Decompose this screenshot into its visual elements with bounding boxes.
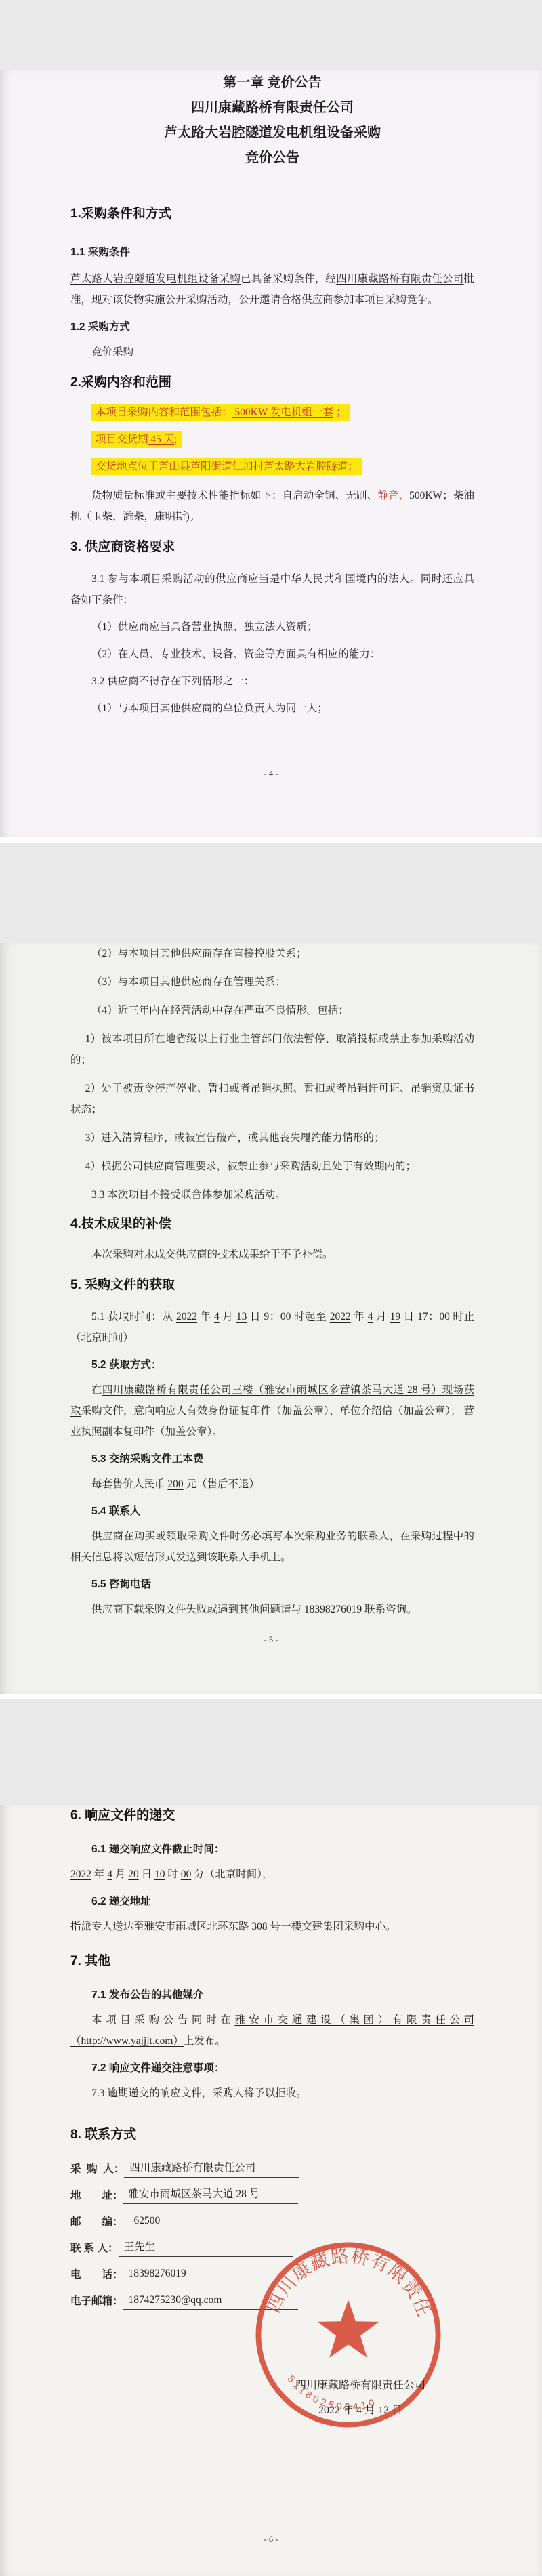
submission-address-line: 指派专人送达至雅安市雨城区北环东路 308 号一楼交建集团采购中心。: [70, 1916, 474, 1937]
bad-record-item-3: 3）进入清算程序，或被宣告破产，或其他丧失履约能力情形的；: [70, 1127, 474, 1148]
highlight-delivery-place-line: 交货地点位于芦山县芦阳街道仁加村芦太路大岩腔隧道；: [91, 458, 474, 476]
section-4-heading: 4.技术成果的补偿: [70, 1213, 474, 1232]
section-7-2-heading: 7.2 响应文件递交注意事项：: [91, 2060, 474, 2075]
scan-page-3: 6. 响应文件的递交 6.1 递交响应文件截止时间： 2022 年 4 月 20…: [0, 1805, 542, 2576]
section-7-heading: 7. 其他: [70, 1951, 474, 1969]
consult-phone-paragraph: 供应商下载采购文件失败或遇到其他问题请与 18398276019 联系咨询。: [70, 1599, 474, 1620]
document-title: 第一章 竞价公告 四川康藏路桥有限责任公司 芦太路大岩腔隧道发电机组设备采购 竞…: [70, 70, 474, 171]
section-5-4-heading: 5.4 联系人: [91, 1503, 474, 1518]
qualification-item-2: （2）在人员、专业技术、设备、资金等方面具有相应的能力：: [70, 644, 474, 665]
highlight-scope-line: 本项目采购内容和范围包括： 500KW 发电机组一套 ；: [91, 404, 474, 421]
obtain-method-paragraph: 在四川康藏路桥有限责任公司三楼（雅安市雨城区多营镇茶马大道 28 号）现场获取采…: [70, 1379, 474, 1442]
phone-label: 电 话：: [70, 2267, 123, 2283]
qualification-item-1: （1）供应商应当具备营业执照、独立法人资质；: [70, 617, 474, 638]
deadline-line: 2022 年 4 月 20 日 10 时 00 分（北京时间），: [70, 1864, 474, 1885]
signature-date-line: 2022 年 4 月 12 日: [244, 2398, 477, 2423]
section-1-1-heading: 1.1 采购条件: [70, 244, 474, 259]
contact-person-label: 联 系 人：: [70, 2241, 119, 2257]
page-separator: [0, 837, 542, 843]
page-separator: [0, 1694, 542, 1699]
section-6-1-heading: 6.1 递交响应文件截止时间：: [91, 1841, 474, 1856]
prohibited-item-3: （3）与本项目其他供应商存在管理关系；: [70, 972, 474, 993]
page-number-6: - 6 -: [0, 2535, 542, 2545]
title-line-notice: 竞价公告: [70, 146, 474, 171]
announcement-media-paragraph: 本项目采购公告同时在雅安市交通建设（集团）有限责任公司（http://www.y…: [70, 2010, 474, 2052]
section-5-2-heading: 5.2 获取方式：: [91, 1356, 474, 1371]
contact-row-address: 地 址： 雅安市雨城区茶马大道 28 号: [70, 2186, 474, 2204]
tech-compensation-paragraph: 本次采购对未成交供应商的技术成果给于不予补偿。: [70, 1244, 474, 1265]
section-2-heading: 2.采购内容和范围: [70, 372, 474, 390]
scan-page-2: （2）与本项目其他供应商存在直接控股关系； （3）与本项目其他供应商存在管理关系…: [0, 943, 542, 1694]
supplier-qualification-paragraph: 3.1 参与本项目采购活动的供应商应当是中华人民共和国境内的法人。同时还应具备如…: [70, 568, 474, 610]
address-label: 地 址：: [70, 2188, 123, 2204]
signature-company-line: 四川康藏路桥有限责任公司: [244, 2373, 477, 2398]
title-line-chapter: 第一章 竞价公告: [70, 70, 474, 96]
page-number-4: - 4 -: [0, 769, 542, 779]
purchaser-value: 四川康藏路桥有限责任公司: [124, 2160, 299, 2178]
section-5-heading: 5. 采购文件的获取: [70, 1274, 474, 1293]
title-line-project: 芦太路大岩腔隧道发电机组设备采购: [70, 121, 474, 146]
highlight-delivery-period-line: 项目交货期 45 天;: [91, 431, 474, 449]
signature-block: 四川康藏路桥有限责任公司 2022 年 4 月 12 日: [244, 2373, 477, 2423]
section-3-heading: 3. 供应商资格要求: [70, 537, 474, 555]
section-3-3-line: 3.3 本次项目不接受联合体参加采购活动。: [70, 1184, 474, 1205]
prohibited-item-1: （1）与本项目其他供应商的单位负责人为同一人；: [70, 698, 474, 719]
scan-page-1: 第一章 竞价公告 四川康藏路桥有限责任公司 芦太路大岩腔隧道发电机组设备采购 竞…: [0, 70, 542, 837]
highlight-scope-text: 本项目采购内容和范围包括： 500KW 发电机组一套 ；: [91, 404, 350, 421]
procurement-conditions-paragraph: 芦太路大岩腔隧道发电机组设备采购已具备采购条件，经四川康藏路桥有限责任公司批准，…: [70, 268, 474, 310]
title-line-company: 四川康藏路桥有限责任公司: [70, 96, 474, 121]
section-3-2-line: 3.2 供应商不得存在下列情形之一：: [70, 671, 474, 692]
address-value: 雅安市雨城区茶马大道 28 号: [123, 2186, 298, 2204]
purchaser-label: 采 购 人：: [70, 2161, 124, 2178]
procurement-method-text: 竞价采购: [70, 341, 474, 362]
quality-standard-paragraph: 货物质量标准或主要技术性能指标如下：自启动全铜、无刷、静音、500KW；柴油机（…: [70, 485, 474, 527]
section-7-3-line: 7.3 逾期递交的响应文件，采购人将予以拒收。: [91, 2083, 474, 2104]
contact-person-paragraph: 供应商在购买或领取采购文件时务必填写本次采购业务的联系人，在采购过程中的相关信息…: [70, 1526, 474, 1568]
section-1-heading: 1.采购条件和方式: [70, 203, 474, 222]
section-8-heading: 8. 联系方式: [70, 2124, 474, 2142]
section-6-heading: 6. 响应文件的递交: [70, 1805, 474, 1823]
postcode-label: 邮 编：: [70, 2214, 123, 2230]
seal-star-icon: [318, 2300, 379, 2357]
prohibited-item-2: （2）与本项目其他供应商存在直接控股关系；: [70, 943, 474, 964]
contact-row-purchaser: 采 购 人： 四川康藏路桥有限责任公司: [70, 2160, 474, 2178]
bad-record-item-4: 4）根据公司供应商管理要求，被禁止参与采购活动且处于有效期内的；: [70, 1156, 474, 1177]
document-fee-paragraph: 每套售价人民币 200 元（售后不退）: [70, 1474, 474, 1495]
bad-record-item-2: 2）处于被责令停产停业、暂扣或者吊销执照、暂扣或者吊销许可证、吊销资质证书状态；: [70, 1078, 474, 1120]
bad-record-item-1: 1）被本项目所在地省级以上行业主管部门依法暂停、取消投标或禁止参加采购活动的；: [70, 1029, 474, 1071]
obtain-time-paragraph: 5.1 获取时间：从 2022 年 4 月 13 日 9：00 时起至 2022…: [70, 1306, 474, 1348]
email-label: 电子邮箱：: [70, 2293, 123, 2310]
section-1-2-heading: 1.2 采购方式: [70, 318, 474, 333]
postcode-value: 62500: [123, 2213, 298, 2230]
section-6-2-heading: 6.2 递交地址: [91, 1893, 474, 1908]
section-5-5-heading: 5.5 咨询电话: [91, 1576, 474, 1591]
section-7-1-heading: 7.1 发布公告的其他媒介: [91, 1987, 474, 2001]
highlight-delivery-place-text: 交货地点位于芦山县芦阳街道仁加村芦太路大岩腔隧道；: [91, 458, 362, 475]
prohibited-item-4: （4）近三年内在经营活动中存在严重不良情形。包括：: [70, 1000, 474, 1021]
section-5-3-heading: 5.3 交纳采购文件工本费: [91, 1451, 474, 1466]
contact-row-postcode: 邮 编： 62500: [70, 2213, 474, 2230]
highlight-delivery-period-text: 项目交货期 45 天;: [91, 431, 182, 448]
page-number-5: - 5 -: [0, 1635, 542, 1645]
